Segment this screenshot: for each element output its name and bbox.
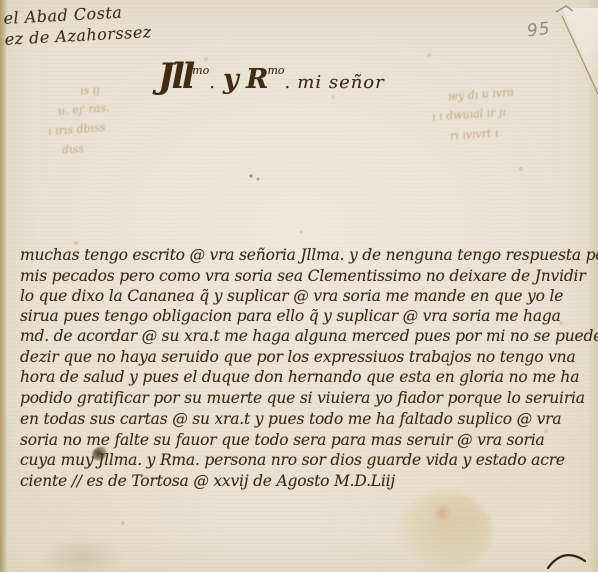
body-line: dezir que no haya seruido que por los ex… xyxy=(20,348,592,368)
body-line: en todas sus cartas @ su xra.t y pues to… xyxy=(20,410,592,430)
archival-annotation: el Abad Costa ez de Azahorssez xyxy=(3,0,152,50)
folio-number: 95 xyxy=(526,19,552,42)
salutation-dot: . xyxy=(209,72,215,93)
paper-stain-spot xyxy=(432,505,452,520)
bleed-through-line: rı ıvıvrt ı xyxy=(450,126,499,142)
salutation-monogram: Jll xyxy=(158,56,192,97)
body-line: lo que dixo la Cananea q̃ y suplicar @ v… xyxy=(20,287,592,307)
body-line: ciente // es de Tortosa @ xxvij de Agost… xyxy=(20,472,592,492)
manuscript-page: el Abad Costa ez de Azahorssez 95 ıs ıȷ … xyxy=(0,0,598,572)
salutation: Jllmo.y Rmo.mi señor xyxy=(158,56,385,97)
bleed-through-line: dıss xyxy=(62,142,85,156)
salutation-dot: . xyxy=(285,72,291,93)
body-line: sirua pues tengo obligacion para ello q̃… xyxy=(20,307,592,327)
bleed-through-line: ı ırıs dbıss xyxy=(48,121,106,138)
foxing-speckles xyxy=(0,0,2,2)
pencil-tick-mark xyxy=(556,6,573,12)
bleed-through-line: ıey dı u ıvra xyxy=(448,86,515,104)
page-left-edge xyxy=(0,0,7,572)
bleed-through-line: u. eȷ' ras. xyxy=(58,101,110,118)
body-line: mis pecados pero como vra soria sea Clem… xyxy=(20,267,592,287)
body-line: md. de acordar @ su xra.t me haga alguna… xyxy=(20,327,592,347)
paper-stain xyxy=(398,492,493,570)
bleed-through-line: ıs ıȷ xyxy=(80,83,100,97)
bleed-through-line: ı ı dwuıal ır ȷı xyxy=(432,105,507,123)
body-line: muchas tengo escrito @ vra señoria Jllma… xyxy=(20,246,592,266)
body-line: hora de salud y pues el duque don hernan… xyxy=(20,368,592,388)
salutation-monogram-2: y R xyxy=(223,64,268,95)
salutation-superscript: mo xyxy=(192,64,209,77)
body-line: podido gratificar por su muerte que si v… xyxy=(20,389,592,409)
salutation-address: mi señor xyxy=(297,72,384,93)
corner-crease-line xyxy=(518,0,598,110)
corner-ink-mark xyxy=(545,548,598,572)
paper-smudge xyxy=(42,538,122,572)
salutation-superscript: mo xyxy=(267,64,284,77)
